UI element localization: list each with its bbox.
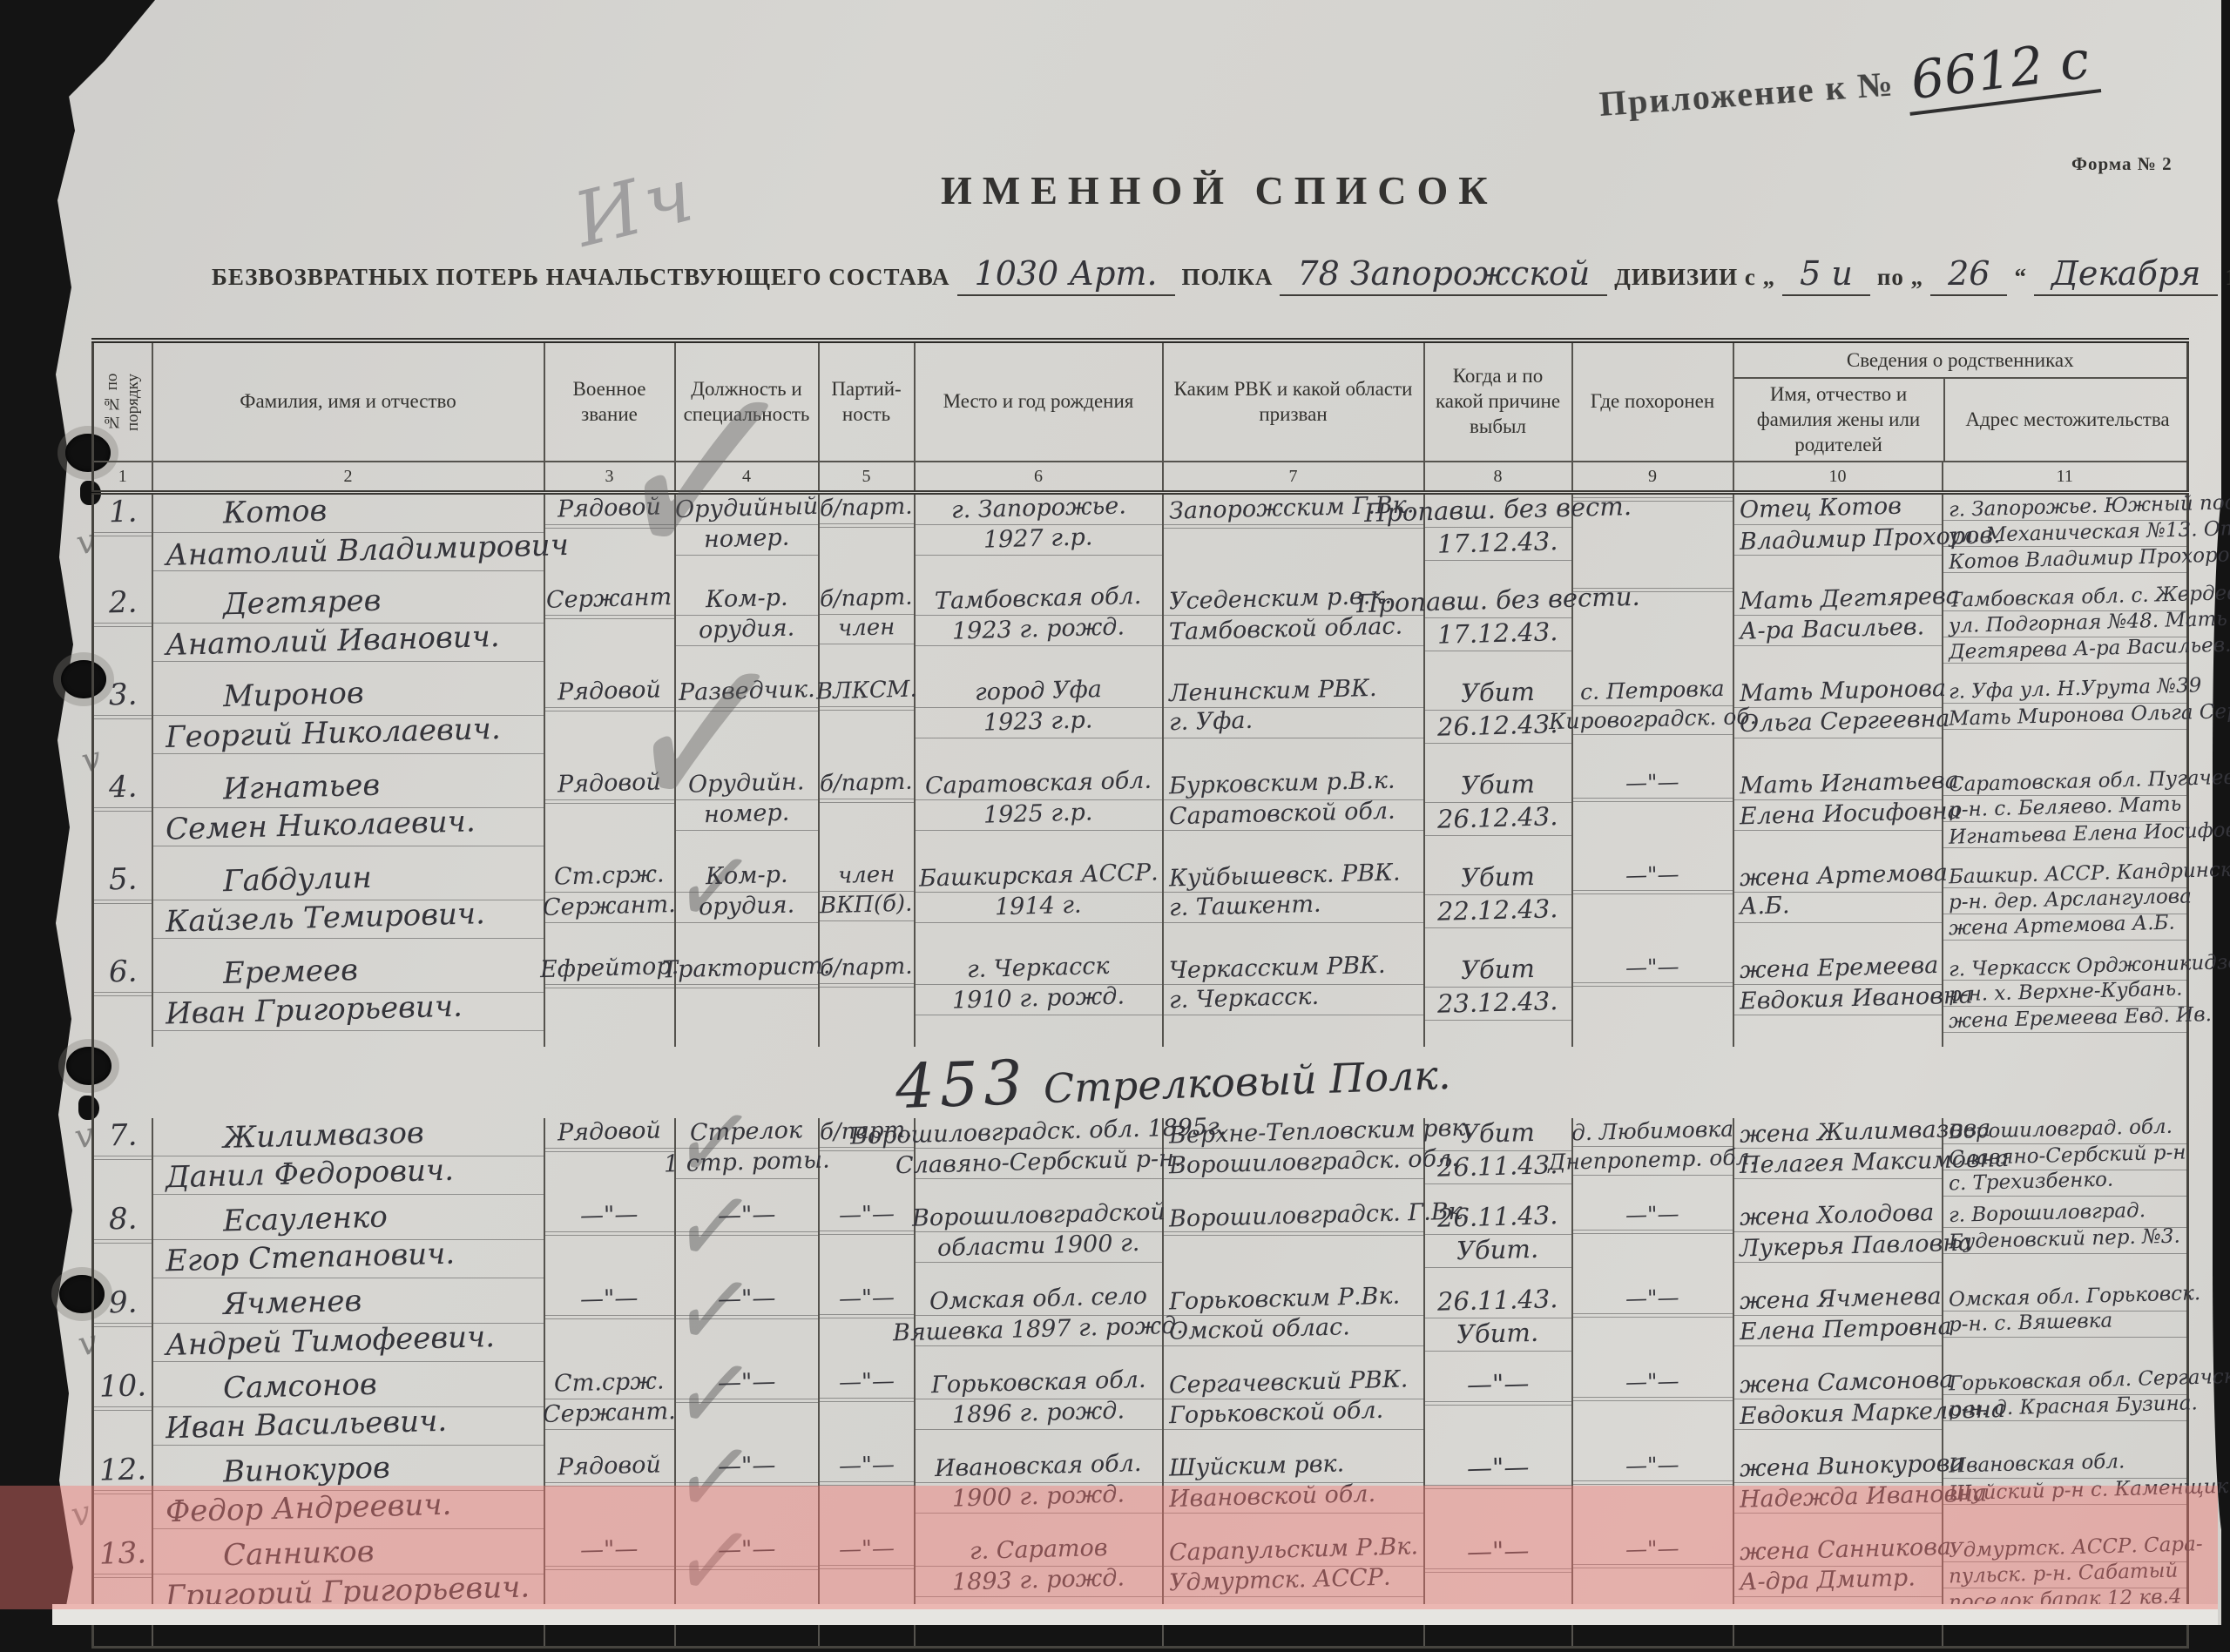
cell-line xyxy=(676,708,818,711)
cell-line: Ком-р. xyxy=(676,862,818,893)
cell-line: —"— xyxy=(676,1202,818,1232)
cell-line: 22.12.43. xyxy=(1425,895,1571,928)
cell-line: Пелагея Максимовна xyxy=(1734,1149,1942,1179)
cell-line: Евдокия Маркеловна xyxy=(1734,1399,1942,1430)
cell-line: —"— xyxy=(820,1202,914,1231)
cell-line: жена Винокурова xyxy=(1734,1453,1942,1483)
cell-line: 26.11.43. xyxy=(1425,1285,1571,1318)
document-title: ИМЕННОЙ СПИСОК xyxy=(941,167,1498,213)
column-header-rank: Военное звание xyxy=(544,341,675,462)
cell-family: жена ЕремееваЕвдокия Ивановна xyxy=(1733,954,1943,1047)
cell-line xyxy=(676,1567,818,1570)
subtitle-handwritten-text: 26 xyxy=(1930,254,2007,296)
cell-line: 12. xyxy=(94,1453,152,1491)
cell-line: —"— xyxy=(1573,1536,1733,1565)
cell-line: Сержант xyxy=(545,585,674,616)
column-header-duty: Должность и специаль­ность xyxy=(675,341,819,462)
cell-duty: Разведчик. xyxy=(675,678,819,770)
document-subtitle: БЕЗВОЗВРАТНЫХ ПОТЕРЬ НАЧАЛЬСТВУЮЩЕГО СОС… xyxy=(212,254,2154,296)
cell-line: 2. xyxy=(94,585,152,624)
cell-addr: Горьковская обл. Сергачск.р-н. д. Красна… xyxy=(1943,1369,2188,1453)
column-header-family: Имя, отчество и фамилия жены или родител… xyxy=(1734,379,1943,462)
cell-rank: Рядовой xyxy=(544,678,675,770)
cell-no: 8. xyxy=(93,1202,152,1285)
cell-duty: ✓—"— xyxy=(675,1285,819,1369)
cell-party: б/парт. xyxy=(819,954,915,1047)
cell-rank: Рядовой xyxy=(544,1453,675,1536)
cell-name: СанниковГригорий Григорьевич. xyxy=(152,1536,544,1648)
cell-line: Кировоградск. об. xyxy=(1573,706,1733,735)
cell-addr: Ворошиловград. обл.Славяно-Сербский р-нс… xyxy=(1943,1118,2188,1202)
cell-line: Еремеев xyxy=(153,954,544,993)
cell-family: Мать МироноваОльга Сергеевна xyxy=(1733,678,1943,770)
cell-line: город Уфа xyxy=(916,678,1162,708)
cell-where: —"— xyxy=(1572,1369,1733,1453)
cell-line: Стрелок xyxy=(676,1118,818,1149)
cell-line: Горьковской обл. xyxy=(1164,1399,1423,1430)
cell-line: 26.11.43. xyxy=(1425,1202,1571,1235)
cell-no: 5. xyxy=(93,862,152,954)
cell-line xyxy=(1573,498,1733,502)
cell-line: Ворошиловград. обл. xyxy=(1943,1118,2187,1144)
cell-line: Пропавш. без вест. xyxy=(1425,495,1571,528)
cell-where: —"— xyxy=(1572,1285,1733,1369)
cell-line: р-н. с. Вяшевка xyxy=(1943,1311,2187,1338)
cell-line: Тракторист. xyxy=(676,954,818,985)
cell-line: —"— xyxy=(1573,862,1733,891)
paper-bottom-edge xyxy=(52,1604,2218,1625)
cell-line: Ворошиловградск. обл. xyxy=(1164,1149,1423,1179)
cell-line xyxy=(1573,1231,1733,1234)
cell-line: Евдокия Ивановна xyxy=(1734,985,1942,1015)
cell-name: КотовАнатолий Владимирович xyxy=(152,493,544,585)
cell-birth: г. Черкасск1910 г. рожд. xyxy=(915,954,1163,1047)
cell-line xyxy=(94,1240,152,1244)
cell-line: Рядовой xyxy=(545,1118,674,1149)
cell-where: —"— xyxy=(1572,954,1733,1047)
cell-line xyxy=(820,1315,914,1318)
cell-rvk: Бурковским р.В.к.Саратовской обл. xyxy=(1163,770,1424,862)
cell-rank: —"— xyxy=(544,1536,675,1648)
cell-line: 13. xyxy=(94,1536,152,1574)
cell-where xyxy=(1572,493,1733,585)
cell-line xyxy=(676,1232,818,1236)
cell-line: жена Самсонова xyxy=(1734,1369,1942,1399)
subtitle-handwritten-text: 78 Запорожской xyxy=(1280,254,1607,296)
column-header-birth: Место и год рождения xyxy=(915,341,1163,462)
cell-line: Ячменев xyxy=(153,1285,544,1324)
cell-line: Горьковская обл. xyxy=(916,1369,1162,1399)
cell-family: Мать ДегтяреваА-ра Васильев. xyxy=(1733,585,1943,678)
cell-line: Дегтярев xyxy=(153,585,544,624)
cell-line: —"— xyxy=(1573,1202,1733,1231)
cell-duty: ✓Стрелок1 стр. роты. xyxy=(675,1118,819,1202)
cell-line: Ленинским РВК. xyxy=(1164,678,1423,708)
cell-line: Мать Миронова Ольга Серг. xyxy=(1943,704,2187,730)
cell-line: Ивановская обл. xyxy=(916,1453,1162,1483)
cell-line: 6. xyxy=(94,954,152,993)
cell-line: Надежда Ивановна xyxy=(1734,1483,1942,1514)
cell-line xyxy=(94,1491,152,1494)
cell-line: жена Артемова А.Б. xyxy=(1943,914,2187,941)
cell-line: Тамбовская обл. xyxy=(916,585,1162,616)
cell-addr: Омская обл. Горьковск.р-н. с. Вяшевка xyxy=(1943,1285,2188,1369)
cell-line xyxy=(94,808,152,812)
cell-line xyxy=(820,1231,914,1235)
subtitle-handwritten-text: Декабря xyxy=(2034,254,2218,296)
cell-no: 9. xyxy=(93,1285,152,1369)
cell-line: пульск. р-н. Сабатый xyxy=(1943,1562,2187,1588)
cell-line: —"— xyxy=(1425,1453,1571,1486)
cell-where: —"— xyxy=(1572,1536,1733,1648)
cell-line: б/парт. xyxy=(820,770,914,799)
cell-line: 17.12.43. xyxy=(1425,618,1571,651)
cell-name: ГабдулинКайзель Темирович. xyxy=(152,862,544,954)
cell-no: 3. xyxy=(93,678,152,770)
cell-line xyxy=(676,1483,818,1487)
cell-family: жена ЯчменеваЕлена Петровна xyxy=(1733,1285,1943,1369)
cell-rank: —"— xyxy=(544,1285,675,1369)
cell-line xyxy=(1573,891,1733,894)
cell-line: Славяно-Сербский р-н xyxy=(1943,1144,2187,1170)
cell-party: б/парт.член xyxy=(819,585,915,678)
cell-duty: ✓—"— xyxy=(675,1453,819,1536)
cell-line: номер. xyxy=(676,800,818,831)
cell-line: Горьковская обл. Сергачск. xyxy=(1943,1369,2187,1395)
cell-party: —"— xyxy=(819,1369,915,1453)
cell-name: ВинокуровФедор Андреевич. xyxy=(152,1453,544,1536)
cell-line xyxy=(1573,983,1733,987)
section-divider-row: 453Стрелковый Полк. xyxy=(93,1047,2188,1118)
table-header-row: №№ по порядкуФамилия, имя и отчествоВоен… xyxy=(93,341,2188,462)
cell-when: Пропавш. без вест.17.12.43. xyxy=(1424,493,1572,585)
cell-duty: Ком-р.орудия. xyxy=(675,585,819,678)
cell-duty: Орудийн.номер. xyxy=(675,770,819,862)
cell-line: Рядовой xyxy=(545,1453,674,1483)
cell-line: Орудийн. xyxy=(676,770,818,800)
cell-line xyxy=(820,1566,914,1569)
cell-name: ЖилимвазовДанил Федорович. xyxy=(152,1118,544,1202)
table-row-4: 4.ИгнатьевСемен Николаевич.РядовойОрудий… xyxy=(93,770,2188,862)
cell-family: жена ВинокуроваНадежда Ивановна xyxy=(1733,1453,1943,1536)
cell-line: Башкир. АССР. Кандринск. xyxy=(1943,862,2187,888)
cell-line: 1. xyxy=(94,495,152,533)
cell-line: области 1900 г. xyxy=(916,1232,1162,1263)
cell-family: Мать ИгнатьеваЕлена Иосифовна xyxy=(1733,770,1943,862)
cell-no: 4. xyxy=(93,770,152,862)
cell-birth: Омская обл. селоВяшевка 1897 г. рожд. xyxy=(915,1285,1163,1369)
cell-line: 1925 г.р. xyxy=(916,800,1162,831)
cell-line: А-ра Васильев. xyxy=(1734,616,1942,646)
cell-line: Ворошиловградск. обл. 1895г. xyxy=(916,1118,1162,1149)
cell-when: 26.11.43.Убит. xyxy=(1424,1285,1572,1369)
cell-addr: Башкир. АССР. Кандринск.р-н. дер. Арслан… xyxy=(1943,862,2188,954)
cell-addr: Удмуртск. АССР. Сара-пульск. р-н. Сабаты… xyxy=(1943,1536,2188,1648)
subtitle-printed-text: БЕЗВОЗВРАТНЫХ ПОТЕРЬ НАЧАЛЬСТВУЮЩЕГО СОС… xyxy=(212,264,950,291)
cell-duty: ✓—"— xyxy=(675,1536,819,1648)
cell-line: Винокуров xyxy=(153,1453,544,1491)
cell-party: —"— xyxy=(819,1453,915,1536)
cell-line: Котов Владимир Прохорович. xyxy=(1943,547,2187,573)
cell-line: Сергачевский РВК. xyxy=(1164,1369,1423,1399)
cell-line xyxy=(545,525,674,529)
column-number: 6 xyxy=(915,462,1163,493)
cell-when: —"— xyxy=(1424,1453,1572,1536)
cell-addr: г. Черкасск Орджоникидзев.р-н. х. Верхне… xyxy=(1943,954,2188,1047)
cell-line xyxy=(820,799,914,803)
casualty-table-wrap: №№ по порядкуФамилия, имя и отчествоВоен… xyxy=(91,338,2186,1649)
cell-line: —"— xyxy=(676,1369,818,1399)
cell-line: Омская обл. Горьковск. xyxy=(1943,1285,2187,1311)
cell-line: —"— xyxy=(545,1536,674,1567)
cell-line: 1896 г. рожд. xyxy=(916,1399,1162,1430)
cell-line xyxy=(545,1149,674,1152)
cell-line: —"— xyxy=(545,1285,674,1316)
cell-when: Убит26.12.43. xyxy=(1424,770,1572,862)
cell-no: 1. xyxy=(93,493,152,585)
cell-line xyxy=(1573,589,1733,592)
column-numbers-row: 1234567891011 xyxy=(93,462,2188,493)
cell-rvk: Горьковским Р.Вк.Омской облас. xyxy=(1163,1285,1424,1369)
cell-line: жена Артемова xyxy=(1734,862,1942,893)
cell-where xyxy=(1572,585,1733,678)
cell-birth: город Уфа1923 г.р. xyxy=(915,678,1163,770)
cell-line: Жилимвазов xyxy=(153,1118,544,1156)
cell-line: 4. xyxy=(94,770,152,808)
cell-birth: Ворошиловградскойобласти 1900 г. xyxy=(915,1202,1163,1285)
cell-line xyxy=(820,984,914,988)
cell-line: с. Петровка xyxy=(1573,678,1733,706)
cell-party: б/парт. xyxy=(819,770,915,862)
cell-rank: Рядовой xyxy=(544,770,675,862)
cell-line: Ком-р. xyxy=(676,585,818,616)
cell-line xyxy=(676,985,818,988)
cell-line: —"— xyxy=(676,1453,818,1483)
cell-addr: г. Запорожье. Южный посел.ул. Механическ… xyxy=(1943,493,2188,585)
cell-line: б/парт. xyxy=(820,495,914,524)
cell-line: р-н. дер. Арслангулова xyxy=(1943,888,2187,914)
cell-line xyxy=(820,707,914,711)
table-row-10: 10.СамсоновИван Васильевич.Ст.срж.Сержан… xyxy=(93,1369,2188,1453)
column-header-no: №№ по порядку xyxy=(93,341,152,462)
cell-rank: Рядовой xyxy=(544,1118,675,1202)
cell-line: Габдулин xyxy=(153,862,544,900)
cell-line: А-дра Дмитр. xyxy=(1734,1567,1942,1597)
column-number: 10 xyxy=(1733,462,1943,493)
cell-line: Отец Котов xyxy=(1734,495,1942,525)
cell-line xyxy=(94,900,152,904)
cell-party: ВЛКСМ. xyxy=(819,678,915,770)
cell-rvk: Шуйским рвк.Ивановской обл. xyxy=(1163,1453,1424,1536)
cell-line: г. Запорожье. xyxy=(916,495,1162,525)
cell-line: А.Б. xyxy=(1734,893,1942,923)
column-number: 9 xyxy=(1572,462,1733,493)
cell-line: Сержант. xyxy=(545,893,674,923)
cell-addr: Саратовская обл. Пугачев.р-н. с. Беляево… xyxy=(1943,770,2188,862)
column-header-when: Когда и по какой причине выбыл xyxy=(1424,341,1572,462)
cell-line: Убит xyxy=(1425,1118,1571,1151)
cell-line: Тамбовской облас. xyxy=(1164,616,1423,646)
cell-line: 1923 г.р. xyxy=(916,708,1162,738)
cell-birth: Горьковская обл.1896 г. рожд. xyxy=(915,1369,1163,1453)
cell-line: —"— xyxy=(1573,1369,1733,1398)
cell-party: —"— xyxy=(819,1202,915,1285)
group-header-label: Сведения о родственниках xyxy=(1734,343,2187,379)
cell-rank: Рядовой xyxy=(544,493,675,585)
cell-line: —"— xyxy=(1573,1285,1733,1314)
cell-line: —"— xyxy=(676,1285,818,1316)
cell-line: Мать Миронова xyxy=(1734,678,1942,708)
cell-duty: Орудийныйномер. xyxy=(675,493,819,585)
cell-line: Омская обл. село xyxy=(916,1285,1162,1316)
cell-line: Убит. xyxy=(1425,1235,1571,1268)
cell-line: г. Уфа. xyxy=(1164,708,1423,738)
cell-line: член xyxy=(820,862,914,892)
cell-line: 9. xyxy=(94,1285,152,1324)
cell-line: орудия. xyxy=(676,893,818,923)
cell-line: жена Еремеева xyxy=(1734,954,1942,985)
cell-addr: Тамбовская обл. с. Жердевкаул. Подгорная… xyxy=(1943,585,2188,678)
cell-party: б/парт. xyxy=(819,493,915,585)
cell-family: жена ХолодоваЛукерья Павловна xyxy=(1733,1202,1943,1285)
cell-line: г. Черкасск. xyxy=(1164,985,1423,1015)
cell-line: 8. xyxy=(94,1202,152,1240)
cell-line xyxy=(1573,1481,1733,1485)
cell-line: Ст.срж. xyxy=(545,862,674,893)
cell-party: —"— xyxy=(819,1536,915,1648)
cell-where: д. ЛюбимовкаДнепропетр. обл. xyxy=(1572,1118,1733,1202)
cell-line: Днепропетр. обл. xyxy=(1573,1147,1733,1176)
cell-line: Омской облас. xyxy=(1164,1316,1423,1346)
cell-line xyxy=(545,1483,674,1487)
cell-line: 1900 г. рожд. xyxy=(916,1483,1162,1514)
cell-where: —"— xyxy=(1572,1453,1733,1536)
cell-line xyxy=(1164,1232,1423,1236)
subtitle-handwritten-text: 1030 Арт. xyxy=(957,254,1175,296)
cell-family: жена СамсоноваЕвдокия Маркеловна xyxy=(1733,1369,1943,1453)
cell-line: Орудийный xyxy=(676,495,818,525)
cell-duty: Тракторист. xyxy=(675,954,819,1047)
cell-line: г. Уфа ул. Н.Урута №39 xyxy=(1943,678,2187,704)
cell-line: 1923 г. рожд. xyxy=(916,616,1162,646)
column-number: 3 xyxy=(544,462,675,493)
cell-line: жена Санникова xyxy=(1734,1536,1942,1567)
cell-party: членВКП(б). xyxy=(819,862,915,954)
cell-duty: ✓—"— xyxy=(675,1369,819,1453)
casualty-table: №№ по порядкуФамилия, имя и отчествоВоен… xyxy=(91,338,2189,1649)
table-row-13: 13.СанниковГригорий Григорьевич.—"—✓—"——… xyxy=(93,1536,2188,1648)
cell-line: г. Саратов xyxy=(916,1536,1162,1567)
cell-line: Башкирская АССР. xyxy=(916,862,1162,893)
cell-line xyxy=(545,1316,674,1319)
table-row-12: 12.ВинокуровФедор Андреевич.Рядовой✓—"——… xyxy=(93,1453,2188,1536)
cell-rank: Сержант xyxy=(544,585,675,678)
cell-line: ул. Механическая №13. Отец xyxy=(1943,521,2187,547)
cell-line: Семен Николаевич. xyxy=(153,808,544,846)
table-row-6: 6.ЕремеевИван Григорьевич.Ефрейтор.Тракт… xyxy=(93,954,2188,1047)
column-number: 11 xyxy=(1943,462,2188,493)
column-header-where: Где похоронен xyxy=(1572,341,1733,462)
cell-line xyxy=(1573,799,1733,802)
subtitle-printed-text: ПОЛКА xyxy=(1182,264,1274,291)
cell-line: Иван Григорьевич. xyxy=(153,993,544,1031)
cell-line: —"— xyxy=(820,1536,914,1566)
cell-line: Удмуртск. АССР. Сара- xyxy=(1943,1536,2187,1562)
cell-when: —"— xyxy=(1424,1369,1572,1453)
cell-line: г. Ворошиловград. xyxy=(1943,1202,2187,1228)
cell-line: 10. xyxy=(94,1369,152,1407)
cell-line: орудия. xyxy=(676,616,818,646)
cell-where: с. ПетровкаКировоградск. об. xyxy=(1572,678,1733,770)
cell-line: Лукерья Павловна xyxy=(1734,1232,1942,1263)
column-number: 7 xyxy=(1163,462,1424,493)
cell-line: Дегтярева А-ра Васильев. xyxy=(1943,637,2187,664)
cell-line: б/парт. xyxy=(820,954,914,984)
cell-name: ЯчменевАндрей Тимофеевич. xyxy=(152,1285,544,1369)
cell-rvk: Черкасским РВК.г. Черкасск. xyxy=(1163,954,1424,1047)
cell-line: Федор Андреевич. xyxy=(153,1491,544,1529)
cell-line: жена Жилимвазова xyxy=(1734,1118,1942,1149)
cell-line: Черкасским РВК. xyxy=(1164,954,1423,985)
cell-line: 1927 г.р. xyxy=(916,525,1162,556)
cell-birth: Башкирская АССР.1914 г. xyxy=(915,862,1163,954)
cell-name: СамсоновИван Васильевич. xyxy=(152,1369,544,1453)
divider-regiment-label: Стрелковый Полк. xyxy=(1043,1050,1451,1111)
cell-rank: —"— xyxy=(544,1202,675,1285)
column-group-relatives: Сведения о родственникахИмя, отчество и … xyxy=(1733,341,2188,462)
cell-line: д. Любимовка xyxy=(1573,1118,1733,1147)
cell-line: 3. xyxy=(94,678,152,716)
cell-line: Игнатьева Елена Иосифовна. xyxy=(1943,822,2187,848)
cell-line: Убит xyxy=(1425,862,1571,895)
cell-name: ЕремеевИван Григорьевич. xyxy=(152,954,544,1047)
cell-line xyxy=(94,624,152,627)
column-number: 5 xyxy=(819,462,915,493)
form-number: Форма № 2 xyxy=(2071,153,2173,175)
cell-line: Саратовская обл. xyxy=(916,770,1162,800)
cell-line: р-н. д. Красная Бузина. xyxy=(1943,1395,2187,1421)
column-number: 4 xyxy=(675,462,819,493)
cell-line: Сержант. xyxy=(545,1399,674,1430)
cell-line: Шуйский р-н с. Каменщик. xyxy=(1943,1479,2187,1505)
cell-no: 12. xyxy=(93,1453,152,1536)
cell-line: Владимир Прохоров. xyxy=(1734,525,1942,556)
cell-line: г. Черкасск Орджоникидзев. xyxy=(1943,954,2187,981)
column-header-party: Партий­ность xyxy=(819,341,915,462)
table-row-2: 2.ДегтяревАнатолий Иванович.СержантКом-р… xyxy=(93,585,2188,678)
section-divider-cell: 453Стрелковый Полк. xyxy=(93,1047,2188,1118)
cell-line: Анатолий Иванович. xyxy=(153,624,544,662)
cell-line: 23.12.43. xyxy=(1425,988,1571,1021)
table-row-5: 5.ГабдулинКайзель Темирович.Ст.срж.Сержа… xyxy=(93,862,2188,954)
cell-rvk: Ворошиловградск. Г.Вк. xyxy=(1163,1202,1424,1285)
cell-line xyxy=(1573,1398,1733,1401)
cell-line xyxy=(545,985,674,988)
cell-rvk: Сарапульским Р.Вк.Удмуртск. АССР. xyxy=(1163,1536,1424,1648)
cell-line: номер. xyxy=(676,525,818,556)
cell-line: с. Трехизбенко. xyxy=(1943,1170,2187,1197)
cell-line xyxy=(94,1407,152,1411)
column-number: 2 xyxy=(152,462,544,493)
cell-where: —"— xyxy=(1572,862,1733,954)
cell-line: —"— xyxy=(676,1536,818,1567)
cell-line: Анатолий Владимирович xyxy=(153,533,544,571)
cell-line: Георгий Николаевич. xyxy=(153,716,544,754)
cell-line: 1910 г. рожд. xyxy=(916,985,1162,1015)
cell-line: 1893 г. рожд. xyxy=(916,1567,1162,1597)
cell-line: ВКП(б). xyxy=(820,892,914,921)
cell-line xyxy=(676,1316,818,1319)
